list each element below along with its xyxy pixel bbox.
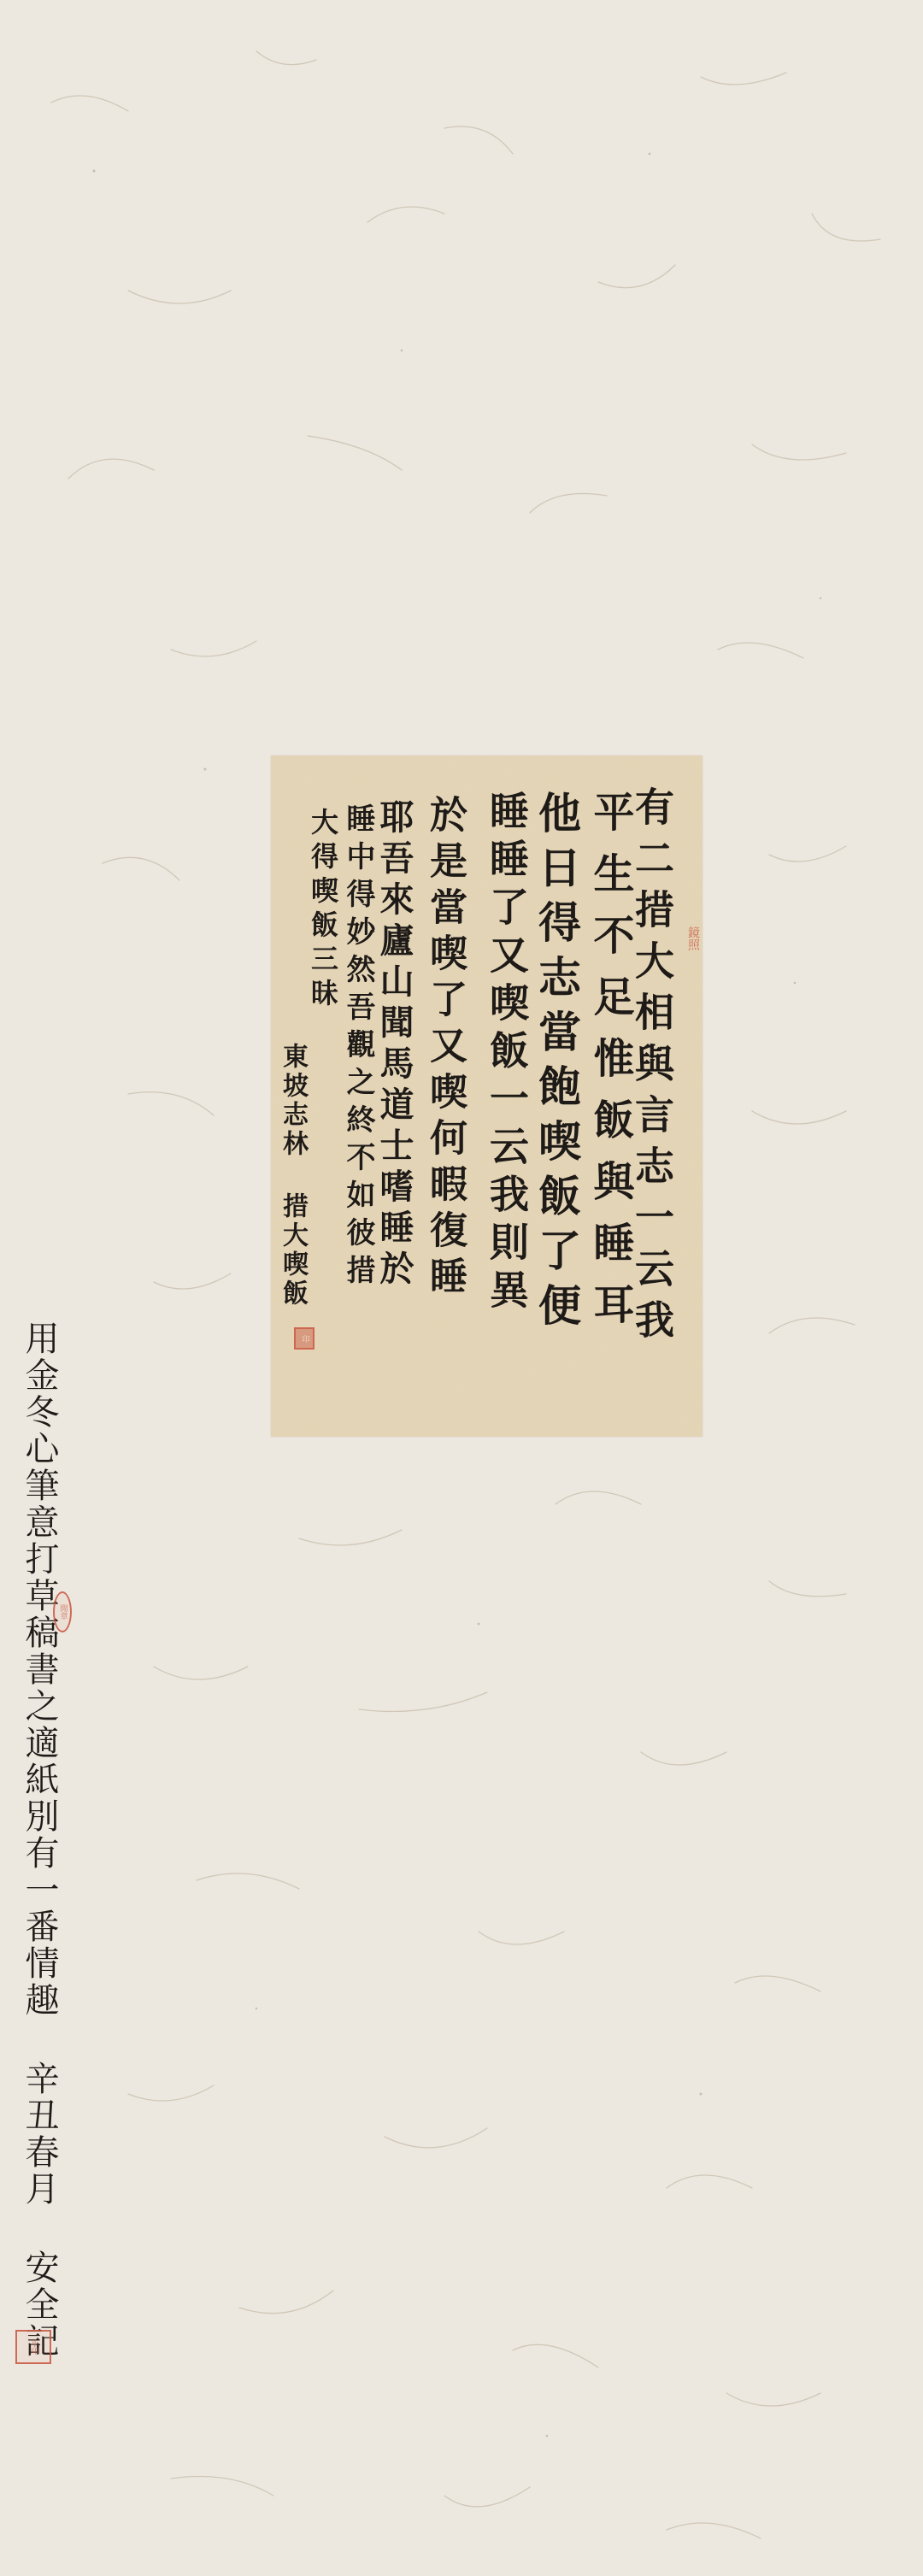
signature-column: 東坡志林 措大喫飯 [273, 1043, 311, 1309]
seal-inscription-bottom: 小印 [15, 2330, 51, 2364]
main-text-column-7: 睡中得妙然吾觀之終不如彼措 [338, 803, 379, 1292]
inscription-column: 用金冬心筆意打草稿書之適紙別有一番情趣 辛丑春月 安全記 [15, 1320, 64, 2360]
main-text-column-2: 平生不足惟飯與睡耳 [581, 791, 640, 1344]
main-text-column-5: 於是當喫了又喫何暇復睡 [417, 795, 472, 1303]
seal-panel-lower-left: 印 [294, 1327, 315, 1350]
seal-inscription-oval: 閒章 [53, 1591, 72, 1632]
main-text-column-4: 睡睡了又喫飯一云我則異 [479, 791, 535, 1317]
main-text-column-8: 大得喫飯三昧 [303, 808, 343, 1013]
seal-panel-right: 鏡照 [685, 913, 701, 964]
